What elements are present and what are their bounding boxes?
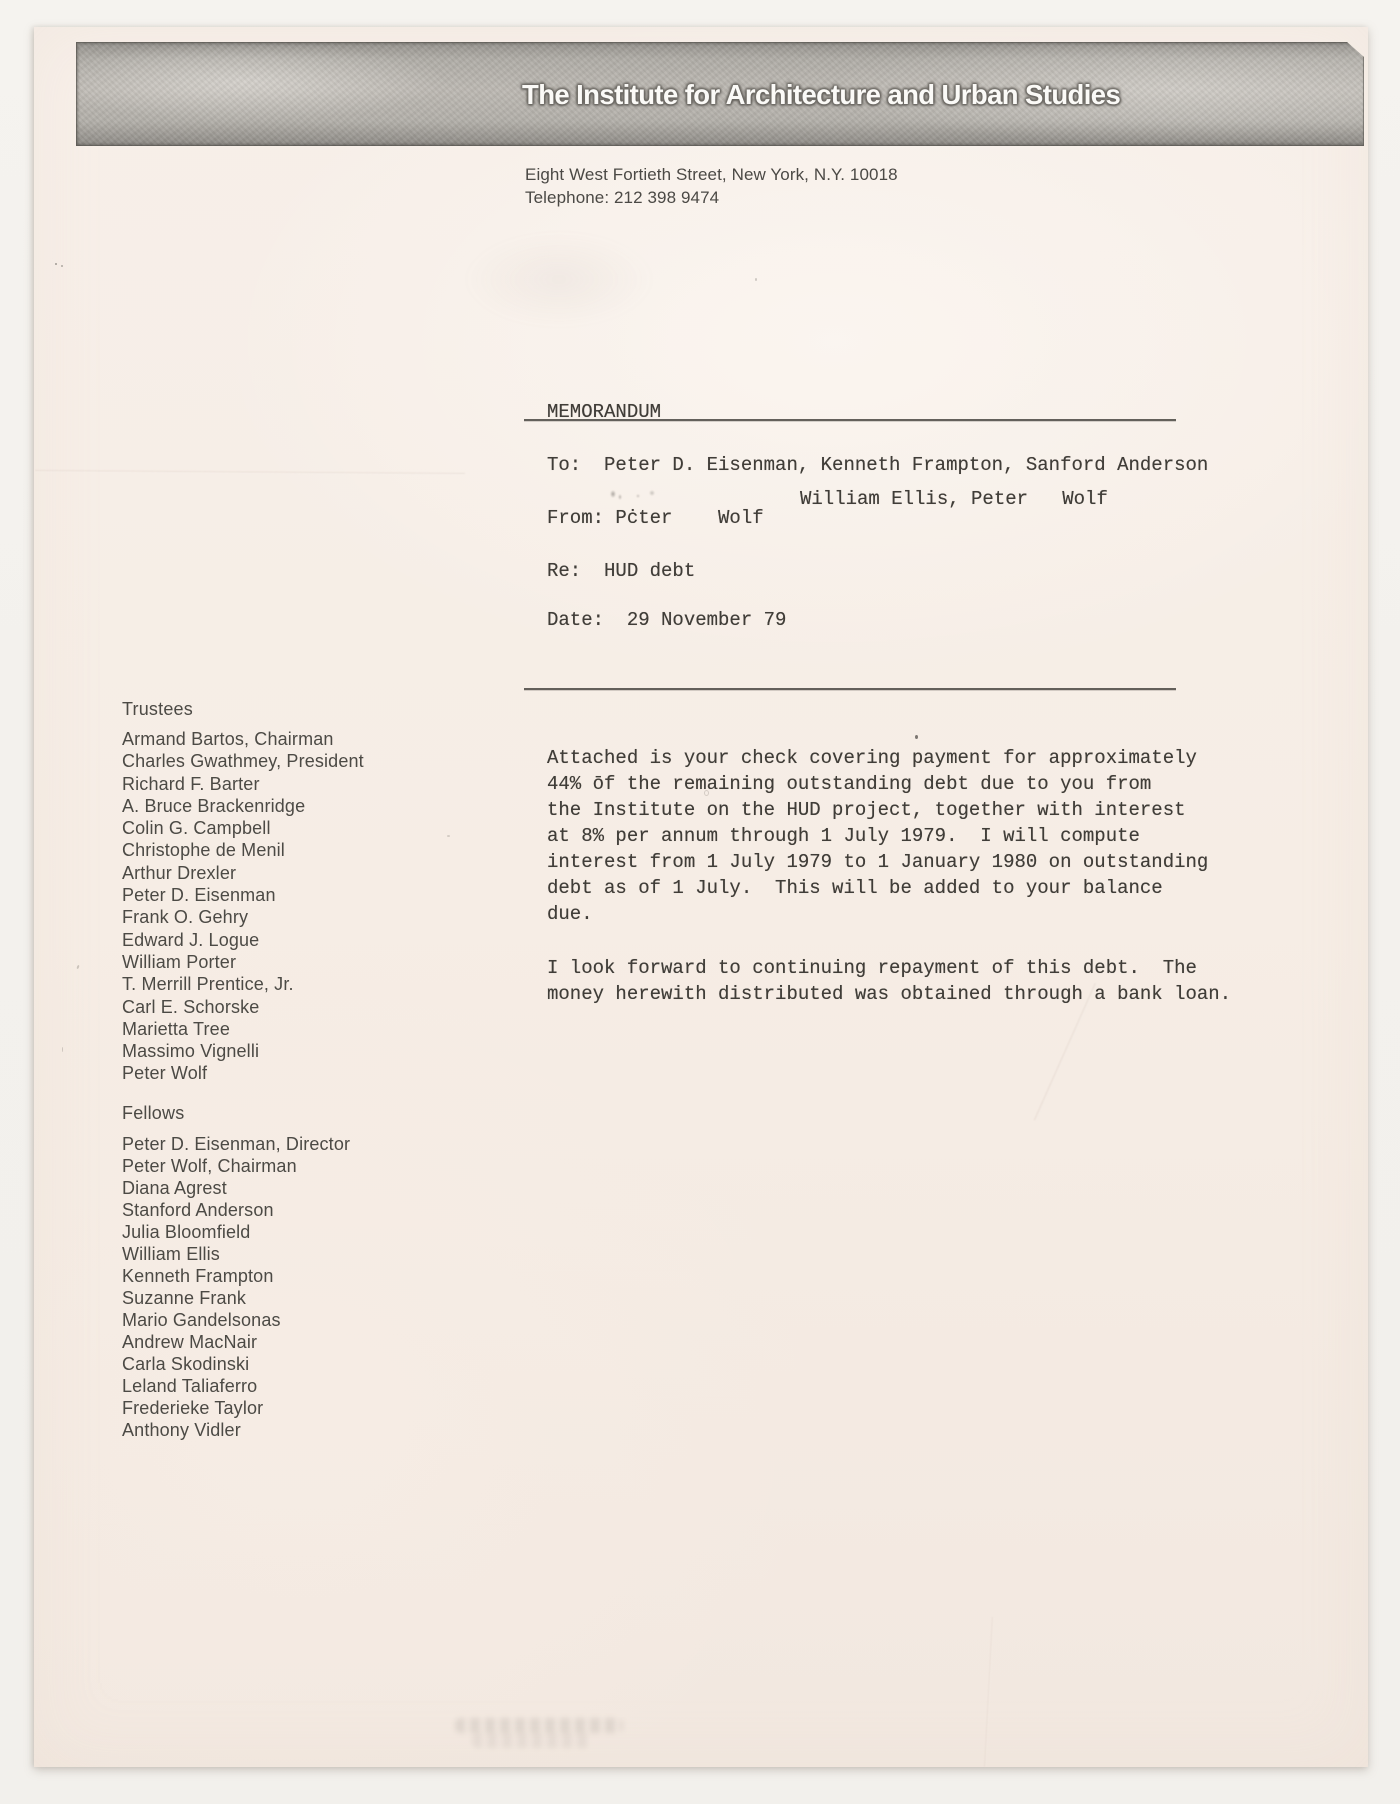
- scan-speck: [55, 263, 57, 265]
- memo-to-line: To: Peter D. Eisenman, Kenneth Frampton,…: [547, 452, 1208, 478]
- ghost-impression-smudge: [464, 232, 654, 327]
- scan-speck: [704, 790, 709, 796]
- scan-speck: [447, 835, 450, 837]
- memo-date-line: Date: 29 November 79: [547, 607, 786, 633]
- scan-speck: [62, 1047, 63, 1052]
- bleed-through-smudge: [472, 1733, 592, 1748]
- organization-title: The Institute for Architecture and Urban…: [522, 80, 1120, 110]
- paper-crease-horizontal: [35, 469, 465, 475]
- memo-heading: MEMORANDUM: [547, 399, 661, 425]
- scan-background: { "colors":{ "outer":"#f3f1ed", "paper":…: [0, 0, 1400, 1804]
- memo-rule-top: [524, 419, 1176, 421]
- typewriter-ink-smudge: [607, 487, 657, 502]
- address-block: Eight West Fortieth Street, New York, N.…: [525, 163, 898, 209]
- memo-body-paragraph-1: Attached is your check covering payment …: [547, 745, 1208, 927]
- sidebar-fellows-heading: Fellows: [122, 1102, 184, 1124]
- letterhead-banner: The Institute for Architecture and Urban…: [76, 42, 1364, 146]
- sidebar-trustees-heading: Trustees: [122, 698, 193, 720]
- stray-ink-dot: [915, 735, 918, 739]
- scan-speck: [755, 278, 757, 281]
- memo-document-page: The Institute for Architecture and Urban…: [34, 27, 1368, 1767]
- sidebar-fellows-list: Peter D. Eisenman, Director Peter Wolf, …: [122, 1133, 350, 1441]
- scan-speck: [76, 965, 79, 969]
- memo-body-paragraph-2: I look forward to continuing repayment o…: [547, 955, 1231, 1007]
- sidebar-trustees-list: Armand Bartos, Chairman Charles Gwathmey…: [122, 728, 364, 1085]
- bleed-through-smudge: [455, 1718, 623, 1733]
- memo-rule-bottom: [524, 688, 1176, 690]
- memo-from-line: From: Pċter Wolf: [547, 505, 764, 531]
- memo-to-wrap-line: William Ellis, Peter Wolf: [800, 486, 1108, 512]
- memo-re-line: Re: HUD debt: [547, 558, 695, 584]
- paper-crease-vertical: [984, 1617, 994, 1767]
